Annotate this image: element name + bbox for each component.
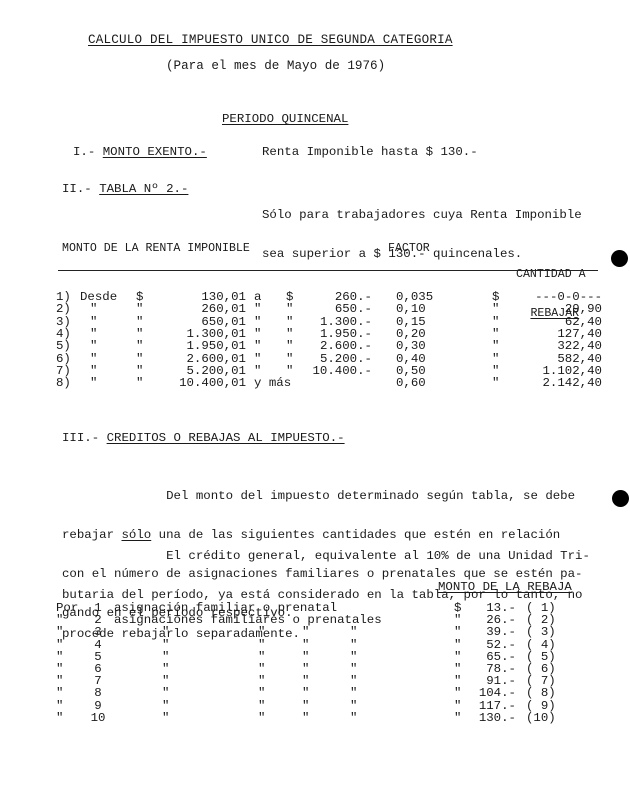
cell-num: 8) <box>56 377 71 389</box>
credit-ditto: " <box>258 626 265 638</box>
cell-a: " <box>254 303 261 315</box>
credit-row: "10"""""130.-(10) <box>56 712 616 724</box>
credit-count: 6 <box>90 663 106 675</box>
cell-dol2: " <box>286 353 293 365</box>
cell-cantidad: 322,40 <box>502 340 602 352</box>
credit-ditto: " <box>350 651 357 663</box>
credit-row: "2asignaciones familiares o prenatales"2… <box>56 614 616 626</box>
credits-header: MONTO DE LA REBAJA <box>438 581 572 594</box>
credit-ditto: " <box>258 712 265 724</box>
cell-dol2: " <box>286 328 293 340</box>
cell-desde: " <box>90 303 97 315</box>
credit-description: asignaciones familiares o prenatales <box>114 614 382 626</box>
credit-amount: 117.- <box>462 700 516 712</box>
cell-dol2: " <box>286 365 293 377</box>
cell-to: 260.- <box>296 291 372 303</box>
credit-row: "9"""""117.-( 9) <box>56 700 616 712</box>
credit-por: Por <box>56 602 78 614</box>
credit-amount: 39.- <box>462 626 516 638</box>
cell-a: " <box>254 316 261 328</box>
credit-currency: " <box>454 651 461 663</box>
table-row: 4)""1.300,01""1.950.-0,20"127,40 <box>56 328 616 340</box>
credit-por: " <box>56 712 63 724</box>
cell-num: 6) <box>56 353 71 365</box>
cell-factor: 0,40 <box>396 353 426 365</box>
credit-por: " <box>56 663 63 675</box>
cell-factor: 0,30 <box>396 340 426 352</box>
section-2-heading: II.- TABLA Nº 2.- <box>62 183 188 196</box>
credit-currency: " <box>454 712 461 724</box>
section-3-number: III.- <box>62 431 99 445</box>
table-row: 1)Desde$130,01a$260.-0,035$---0-0--- <box>56 291 616 303</box>
credit-code: ( 5) <box>526 651 556 663</box>
cell-cantidad: 2.142,40 <box>502 377 602 389</box>
credit-ditto: " <box>302 712 309 724</box>
credit-ditto: " <box>302 687 309 699</box>
credit-ditto: " <box>350 675 357 687</box>
cell-factor: 0,035 <box>396 291 433 303</box>
credit-row: "7"""""91.-( 7) <box>56 675 616 687</box>
cell-from: 1.300,01 <box>148 328 246 340</box>
table-header-factor: FACTOR <box>388 242 430 255</box>
cell-desde: " <box>90 365 97 377</box>
section-2-title: TABLA Nº 2.- <box>99 182 188 196</box>
cell-factor: 0,20 <box>396 328 426 340</box>
credit-count: 8 <box>90 687 106 699</box>
credit-ditto: " <box>350 663 357 675</box>
cell-from: 10.400,01 <box>148 377 246 389</box>
credit-amount: 78.- <box>462 663 516 675</box>
table-row: 3)""650,01""1.300.-0,15"62,40 <box>56 316 616 328</box>
cell-dol3: " <box>492 353 499 365</box>
cell-dol1: " <box>136 316 143 328</box>
section-1-heading: I.- MONTO EXENTO.- <box>73 146 207 159</box>
credit-code: ( 8) <box>526 687 556 699</box>
credit-count: 9 <box>90 700 106 712</box>
credit-currency: " <box>454 626 461 638</box>
table-row: 7)""5.200,01""10.400.-0,50"1.102,40 <box>56 365 616 377</box>
credit-ditto: " <box>258 700 265 712</box>
cell-factor: 0,15 <box>396 316 426 328</box>
cell-to: 1.300.- <box>296 316 372 328</box>
cell-from: 260,01 <box>148 303 246 315</box>
credit-currency: " <box>454 663 461 675</box>
credit-amount: 65.- <box>462 651 516 663</box>
cell-dol3: " <box>492 365 499 377</box>
cell-a: a <box>254 291 261 303</box>
credit-row: Por1asignación familiar o prenatal$13.-(… <box>56 602 616 614</box>
credit-ditto: " <box>350 700 357 712</box>
credit-code: ( 1) <box>526 602 556 614</box>
credit-count: 5 <box>90 651 106 663</box>
credit-count: 4 <box>90 639 106 651</box>
credit-code: ( 2) <box>526 614 556 626</box>
paragraph-line: El crédito general, equivalente al 10% d… <box>62 550 590 563</box>
cell-num: 5) <box>56 340 71 352</box>
table-row: 6)""2.600,01""5.200.-0,40"582,40 <box>56 353 616 365</box>
cell-dol1: " <box>136 365 143 377</box>
cell-to: 10.400.- <box>296 365 372 377</box>
credit-ditto: " <box>302 663 309 675</box>
cell-dol2: " <box>286 316 293 328</box>
credit-por: " <box>56 675 63 687</box>
credit-ditto: " <box>162 663 169 675</box>
cell-cantidad: 582,40 <box>502 353 602 365</box>
cell-desde: " <box>90 316 97 328</box>
credit-row: "4"""""52.-( 4) <box>56 639 616 651</box>
cell-dol3: " <box>492 316 499 328</box>
table-header-rule <box>58 270 598 271</box>
cell-dol1: $ <box>136 291 143 303</box>
credit-currency: " <box>454 687 461 699</box>
credit-ditto: " <box>350 626 357 638</box>
credit-row: "3"""""39.-( 3) <box>56 626 616 638</box>
cell-dol3: " <box>492 303 499 315</box>
section-1-number: I.- <box>73 145 95 159</box>
cell-dol2: " <box>286 303 293 315</box>
cell-dol3: " <box>492 340 499 352</box>
credit-por: " <box>56 626 63 638</box>
cell-dol2: " <box>286 340 293 352</box>
credit-ditto: " <box>162 687 169 699</box>
cell-cantidad: 29,90 <box>502 303 602 315</box>
cell-a: " <box>254 328 261 340</box>
table-row: 2)""260,01""650.-0,10"29,90 <box>56 303 616 315</box>
cell-dol1: " <box>136 303 143 315</box>
cell-from: 1.950,01 <box>148 340 246 352</box>
cell-dol1: " <box>136 353 143 365</box>
credit-count: 7 <box>90 675 106 687</box>
document-subtitle: (Para el mes de Mayo de 1976) <box>166 60 385 73</box>
cell-dol1: " <box>136 328 143 340</box>
credit-ditto: " <box>302 700 309 712</box>
credit-ditto: " <box>258 663 265 675</box>
cell-desde: " <box>90 340 97 352</box>
cell-a: " <box>254 340 261 352</box>
cell-desde: " <box>90 377 97 389</box>
credit-por: " <box>56 687 63 699</box>
punch-hole <box>612 490 629 507</box>
credit-ditto: " <box>302 626 309 638</box>
credit-code: ( 3) <box>526 626 556 638</box>
table-header-monto: MONTO DE LA RENTA IMPONIBLE <box>62 242 250 255</box>
credit-ditto: " <box>350 639 357 651</box>
credit-ditto: " <box>350 712 357 724</box>
cell-a: y más <box>254 377 291 389</box>
credit-ditto: " <box>162 639 169 651</box>
cell-desde: " <box>90 353 97 365</box>
punch-hole <box>611 250 628 267</box>
cell-num: 7) <box>56 365 71 377</box>
document-title: CALCULO DEL IMPUESTO UNICO DE SEGUNDA CA… <box>88 34 453 47</box>
credit-ditto: " <box>162 700 169 712</box>
credit-currency: " <box>454 639 461 651</box>
credit-code: ( 7) <box>526 675 556 687</box>
cell-from: 5.200,01 <box>148 365 246 377</box>
credit-ditto: " <box>258 639 265 651</box>
cell-dol1: " <box>136 377 143 389</box>
cell-cantidad: 1.102,40 <box>502 365 602 377</box>
credit-ditto: " <box>302 675 309 687</box>
cell-num: 3) <box>56 316 71 328</box>
section-3-title: CREDITOS O REBAJAS AL IMPUESTO.- <box>107 431 345 445</box>
credit-code: ( 6) <box>526 663 556 675</box>
section-1-title: MONTO EXENTO.- <box>103 145 207 159</box>
cell-desde: " <box>90 328 97 340</box>
cell-dol1: " <box>136 340 143 352</box>
cell-dol3: " <box>492 328 499 340</box>
cell-a: " <box>254 353 261 365</box>
credit-ditto: " <box>302 639 309 651</box>
cell-from: 130,01 <box>148 291 246 303</box>
section-2-number: II.- <box>62 182 92 196</box>
credit-currency: " <box>454 700 461 712</box>
credit-ditto: " <box>350 687 357 699</box>
credit-code: ( 4) <box>526 639 556 651</box>
credit-amount: 130.- <box>462 712 516 724</box>
credit-ditto: " <box>162 626 169 638</box>
cell-num: 4) <box>56 328 71 340</box>
cell-cantidad: 127,40 <box>502 328 602 340</box>
credit-ditto: " <box>258 687 265 699</box>
cell-dol3: $ <box>492 291 499 303</box>
cell-num: 1) <box>56 291 71 303</box>
credit-amount: 104.- <box>462 687 516 699</box>
credit-currency: " <box>454 614 461 626</box>
cell-factor: 0,60 <box>396 377 426 389</box>
credit-amount: 91.- <box>462 675 516 687</box>
credit-por: " <box>56 651 63 663</box>
credit-ditto: " <box>162 651 169 663</box>
credit-ditto: " <box>302 651 309 663</box>
cell-cantidad: ---0-0--- <box>502 291 602 303</box>
cell-to: 5.200.- <box>296 353 372 365</box>
credit-code: (10) <box>526 712 556 724</box>
credit-ditto: " <box>162 712 169 724</box>
credit-amount: 52.- <box>462 639 516 651</box>
credit-description: asignación familiar o prenatal <box>114 602 337 614</box>
table-row: 8)""10.400,01y más0,60"2.142,40 <box>56 377 616 389</box>
credit-amount: 26.- <box>462 614 516 626</box>
credit-row: "6"""""78.-( 6) <box>56 663 616 675</box>
cell-to: 1.950.- <box>296 328 372 340</box>
table-row: 5)""1.950,01""2.600.-0,30"322,40 <box>56 340 616 352</box>
cell-from: 2.600,01 <box>148 353 246 365</box>
cell-cantidad: 62,40 <box>502 316 602 328</box>
credit-row: "8"""""104.-( 8) <box>56 687 616 699</box>
credit-ditto: " <box>162 675 169 687</box>
cell-dol2: $ <box>286 291 293 303</box>
credit-count: 1 <box>90 602 106 614</box>
credit-ditto: " <box>258 651 265 663</box>
cell-desde: Desde <box>80 291 117 303</box>
section-1-text: Renta Imponible hasta $ 130.- <box>262 146 478 159</box>
cell-to: 2.600.- <box>296 340 372 352</box>
cell-from: 650,01 <box>148 316 246 328</box>
credit-amount: 13.- <box>462 602 516 614</box>
cell-to: 650.- <box>296 303 372 315</box>
credit-por: " <box>56 700 63 712</box>
cell-factor: 0,50 <box>396 365 426 377</box>
period-heading: PERIODO QUINCENAL <box>222 113 348 126</box>
credit-currency: " <box>454 675 461 687</box>
credit-count: 3 <box>90 626 106 638</box>
paragraph-line: Del monto del impuesto determinado según… <box>62 490 583 503</box>
credit-count: 2 <box>90 614 106 626</box>
cell-factor: 0,10 <box>396 303 426 315</box>
cell-a: " <box>254 365 261 377</box>
credit-count: 10 <box>90 712 106 724</box>
cell-num: 2) <box>56 303 71 315</box>
section-2-text-line: Sólo para trabajadores cuya Renta Imponi… <box>262 209 582 222</box>
credit-row: "5"""""65.-( 5) <box>56 651 616 663</box>
section-3-heading: III.- CREDITOS O REBAJAS AL IMPUESTO.- <box>62 432 345 445</box>
credit-por: " <box>56 639 63 651</box>
credit-ditto: " <box>258 675 265 687</box>
cell-dol3: " <box>492 377 499 389</box>
credit-por: " <box>56 614 63 626</box>
credit-currency: $ <box>454 602 461 614</box>
credit-code: ( 9) <box>526 700 556 712</box>
